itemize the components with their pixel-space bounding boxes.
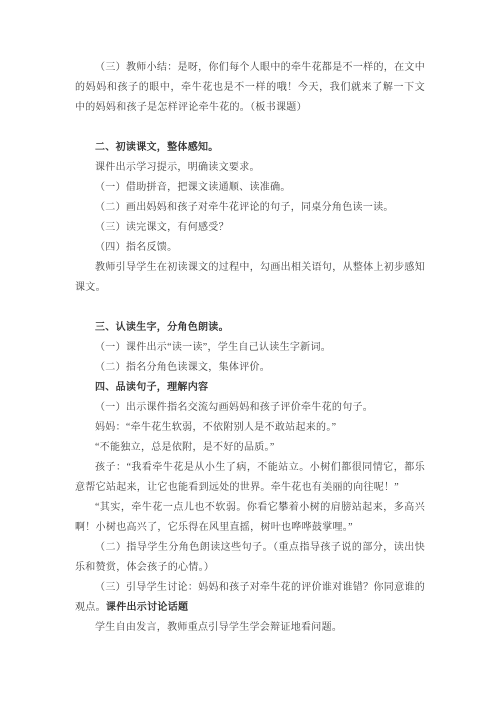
paragraph-text: （三）读完课文，有何感受？ — [95, 222, 229, 233]
para-mother-quote-2: “不能独立，总是依附，是不好的品质。” — [75, 438, 425, 458]
para-teacher-guide: 教师引导学生在初读课文的过程中，勾画出相关语句，从整体上初步感知课文。 — [75, 258, 425, 298]
paragraph-text: （三）教师小结：是呀，你们每个人眼中的牵牛花都是不一样的，在文中的妈妈和孩子的眼… — [75, 62, 425, 113]
heading-section-3: 三、认读生字，分角色朗读。 — [75, 318, 425, 338]
paragraph-text: “其实，牵牛花一点儿也不软弱。你看它攀着小树的肩膀站起来，多高兴啊！小树也高兴了… — [75, 502, 425, 533]
paragraph-text-bold: 三、认读生字，分角色朗读。 — [95, 322, 229, 333]
para-child-quote-1: 孩子：“我看牵牛花是从小生了病，不能站立。小树们都很同情它，都乐意帮它站起来，让… — [75, 458, 425, 498]
paragraph-text: 孩子：“我看牵牛花是从小生了病，不能站立。小树们都很同情它，都乐意帮它站起来，让… — [75, 462, 425, 493]
item-3-feelings: （三）读完课文，有何感受？ — [75, 218, 425, 238]
paragraph-text: 学生自由发言，教师重点引导学生学会辩证地看问题。 — [95, 622, 342, 633]
item-role-read-evaluate: （二）指名分角色读课文，集体评价。 — [75, 358, 425, 378]
paragraph-text: 课件出示学习提示，明确读文要求。 — [95, 162, 260, 173]
item-4-feedback: （四）指名反馈。 — [75, 238, 425, 258]
paragraph-text: “不能独立，总是依附，是不好的品质。” — [95, 442, 275, 453]
paragraph-text: 妈妈：“牵牛花生软弱，不依附别人是不敢站起来的。” — [95, 422, 336, 433]
item-show-sentences: （一）出示课件指名交流勾画妈妈和孩子评价牵牛花的句子。 — [75, 398, 425, 418]
paragraph-text: （一）课件出示“读一读”，学生自己认读生字新词。 — [95, 342, 331, 353]
item-discussion: （三）引导学生讨论：妈妈和孩子对牵牛花的评价谁对谁错？你同意谁的观点。课件出示讨… — [75, 578, 425, 618]
paragraph-text: （二）画出妈妈和孩子对牵牛花评论的句子，同桌分角色读一读。 — [95, 202, 394, 213]
paragraph-text: （四）指名反馈。 — [95, 242, 177, 253]
paragraph-text-bold: 四、品读句子，理解内容 — [95, 382, 208, 393]
item-guide-role-reading: （二）指导学生分角色朗读这些句子。（重点指导孩子说的部分，读出快乐和赞赏，体会孩… — [75, 538, 425, 578]
paragraph-text: （二）指导学生分角色朗读这些句子。（重点指导孩子说的部分，读出快乐和赞赏，体会孩… — [75, 542, 425, 573]
item-2-draw-sentences: （二）画出妈妈和孩子对牵牛花评论的句子，同桌分角色读一读。 — [75, 198, 425, 218]
para-mother-quote-1: 妈妈：“牵牛花生软弱，不依附别人是不敢站起来的。” — [75, 418, 425, 438]
paragraph-text: （二）指名分角色读课文，集体评价。 — [95, 362, 270, 373]
item-read-new-words: （一）课件出示“读一读”，学生自己认读生字新词。 — [75, 338, 425, 358]
paragraph-text-bold: 课件出示讨论话题 — [106, 602, 188, 613]
para-child-quote-2: “其实，牵牛花一点儿也不软弱。你看它攀着小树的肩膀站起来，多高兴啊！小树也高兴了… — [75, 498, 425, 538]
heading-section-4: 四、品读句子，理解内容 — [75, 378, 425, 398]
paragraph-text: 教师引导学生在初读课文的过程中，勾画出相关语句，从整体上初步感知课文。 — [75, 262, 425, 293]
heading-section-2: 二、初读课文，整体感知。 — [75, 138, 425, 158]
para-teacher-summary: （三）教师小结：是呀，你们每个人眼中的牵牛花都是不一样的，在文中的妈妈和孩子的眼… — [75, 58, 425, 118]
document-content: （三）教师小结：是呀，你们每个人眼中的牵牛花都是不一样的，在文中的妈妈和孩子的眼… — [75, 58, 425, 638]
paragraph-text: （一）借助拼音，把课文读通顺、读准确。 — [95, 182, 291, 193]
item-1-pinyin: （一）借助拼音，把课文读通顺、读准确。 — [75, 178, 425, 198]
paragraph-text-bold: 二、初读课文，整体感知。 — [95, 142, 219, 153]
paragraph-text: （一）出示课件指名交流勾画妈妈和孩子评价牵牛花的句子。 — [95, 402, 373, 413]
para-courseware-tips: 课件出示学习提示，明确读文要求。 — [75, 158, 425, 178]
document-page: （三）教师小结：是呀，你们每个人眼中的牵牛花都是不一样的，在文中的妈妈和孩子的眼… — [0, 0, 500, 707]
para-free-speech: 学生自由发言，教师重点引导学生学会辩证地看问题。 — [75, 618, 425, 638]
